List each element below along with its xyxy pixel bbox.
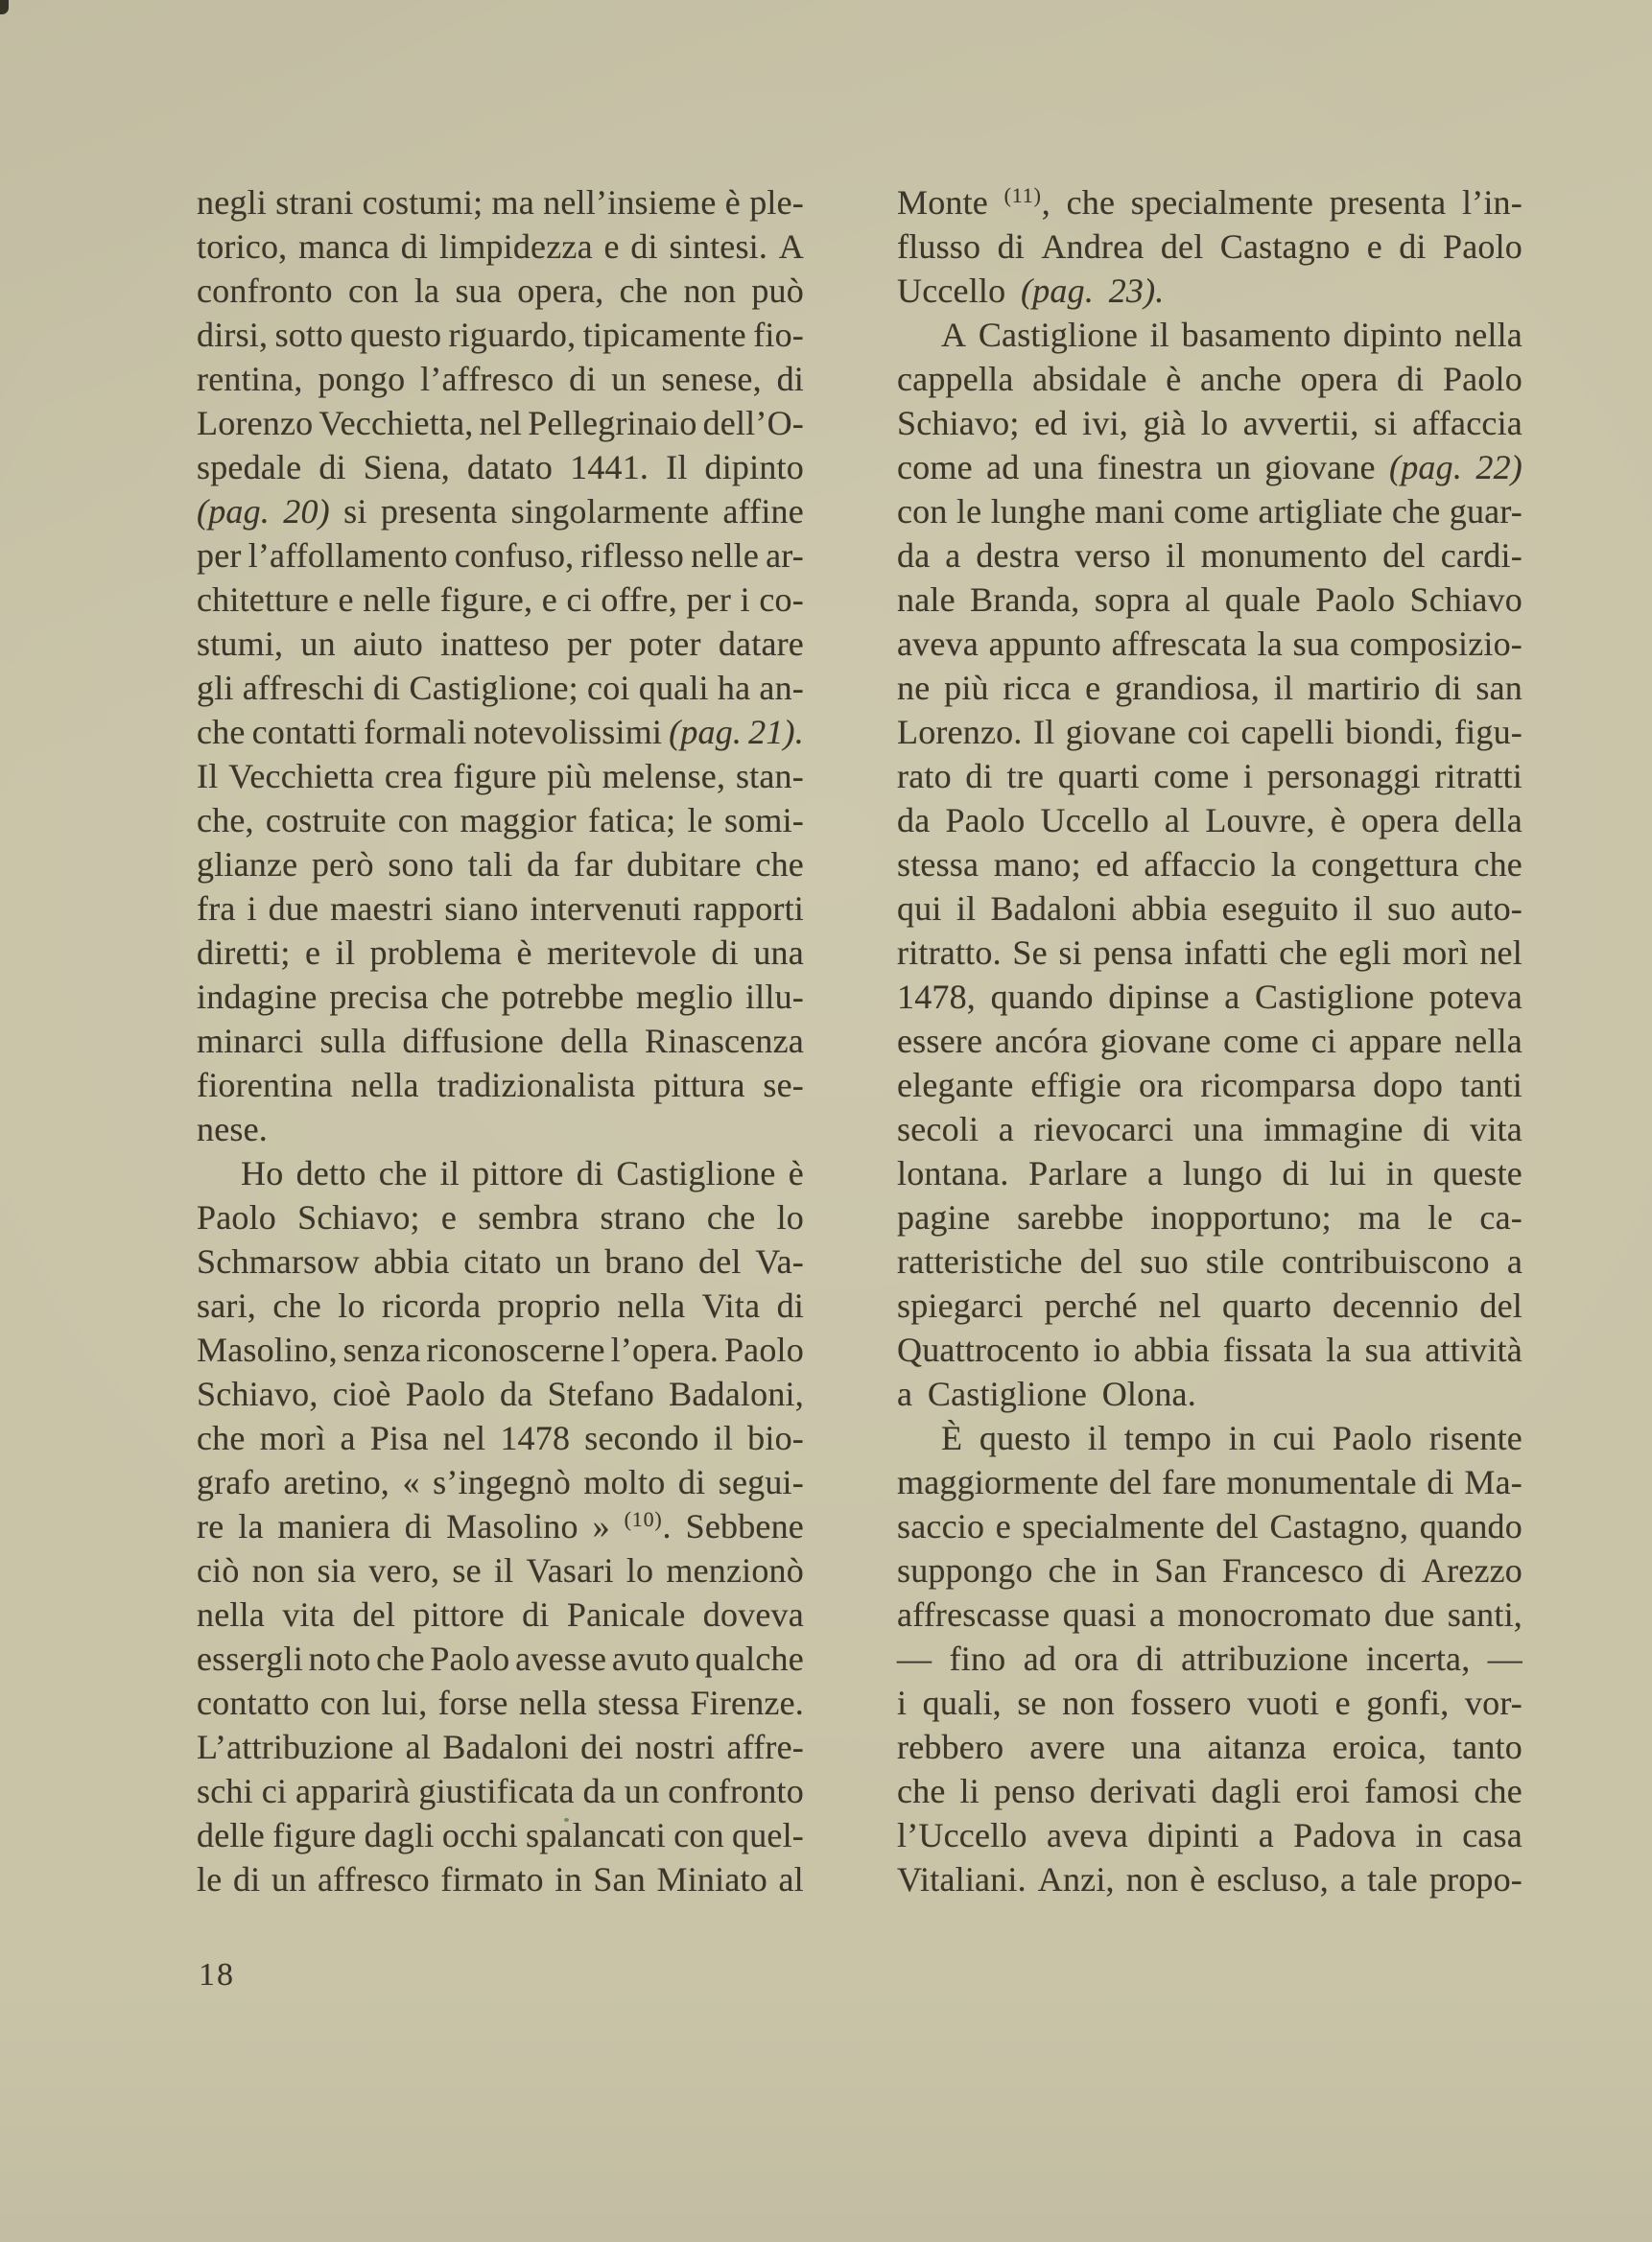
text-run: suo — [1140, 1242, 1189, 1281]
text-run: — — [1488, 1640, 1522, 1678]
superscript-ref: (10) — [625, 1507, 663, 1531]
text-run: coi — [1187, 713, 1230, 751]
text-run: biondi, — [1345, 713, 1443, 751]
text-run: Masolino, — [197, 1331, 338, 1369]
text-run: bio- — [747, 1419, 804, 1457]
text-run: ritratto. — [897, 933, 1002, 972]
word: 20) — [283, 491, 330, 531]
text-run: eseguito — [1222, 889, 1339, 928]
text-run: dipinti — [1147, 1816, 1239, 1854]
text-run: come — [1173, 492, 1249, 531]
text-run: in — [1386, 1154, 1413, 1192]
word: composizio- — [1350, 624, 1522, 664]
word: congettura — [1311, 844, 1459, 885]
text-run: finestra — [1097, 448, 1203, 486]
word: citato — [463, 1241, 541, 1282]
text-run: cardi- — [1441, 536, 1522, 575]
text-run: specialmente — [1131, 183, 1313, 222]
text-run: spiegarci — [897, 1286, 1024, 1325]
word: nelle — [691, 535, 759, 576]
word: vuoti — [1247, 1683, 1319, 1723]
word: di — [1434, 668, 1461, 708]
word: l’affresco — [420, 359, 554, 399]
word: avere — [1029, 1727, 1105, 1767]
word: meritevole — [547, 932, 696, 973]
word: singolarmente — [511, 491, 710, 531]
word: un — [300, 624, 335, 664]
word: diretti; — [197, 932, 291, 973]
word: sia — [318, 1550, 357, 1591]
text-line: dirsi,sottoquestoriguardo,tipicamentefio… — [197, 315, 804, 359]
word: dagli — [365, 1815, 435, 1855]
text-run: essere — [897, 1022, 982, 1060]
text-line: spedalediSiena,datato1441.Ildipinto — [197, 447, 804, 491]
text-line: che,costruiteconmaggiorfatica;lesomi- — [197, 800, 804, 844]
word: ricorda — [382, 1286, 481, 1326]
text-run: di — [1397, 360, 1424, 398]
text-run: del — [352, 1595, 395, 1634]
text-line: avevaappuntoaffrescatalasuacomposizio- — [897, 624, 1522, 668]
text-run: tale — [1367, 1860, 1418, 1899]
word: ad — [1024, 1639, 1056, 1679]
text-run: che — [376, 1640, 425, 1678]
word: che — [1067, 182, 1116, 223]
word: incerta, — [1366, 1639, 1471, 1679]
text-run: confronto — [668, 1772, 804, 1810]
word: Ho — [241, 1153, 283, 1193]
word: Paolo — [724, 1330, 804, 1370]
text-run: di — [522, 1595, 549, 1634]
word: fiorentina — [197, 1065, 333, 1105]
text-run: del — [1382, 536, 1426, 575]
text-run: a — [341, 1419, 356, 1457]
text-run: affre- — [727, 1728, 804, 1766]
text-run: che — [1049, 1551, 1097, 1590]
word: dell’O- — [703, 403, 804, 443]
word: (10). — [625, 1506, 672, 1546]
word: grafo — [197, 1462, 271, 1502]
word: s’ingegnò — [433, 1462, 571, 1502]
word: ora — [1074, 1639, 1119, 1679]
word: quale — [1225, 579, 1301, 620]
text-line: (pag.20)sipresentasingolarmenteaffine — [197, 491, 804, 535]
word: nella — [617, 1286, 685, 1326]
word: in — [1112, 1550, 1139, 1591]
text-run: Castiglione — [616, 1154, 775, 1192]
text-run: di — [1283, 1154, 1310, 1192]
word: negli — [197, 182, 267, 223]
word: da — [527, 844, 559, 885]
text-run: . — [663, 1507, 672, 1546]
word: Schiavo, — [197, 1374, 319, 1414]
word: può — [751, 271, 804, 311]
text-run: nale — [897, 580, 956, 619]
word: del — [1080, 1241, 1123, 1282]
word: notevolissimi — [474, 712, 663, 752]
word: personaggi — [1267, 756, 1421, 796]
word: contribuiscono — [1282, 1241, 1490, 1282]
word: guar- — [1450, 491, 1522, 531]
text-run: come — [897, 448, 973, 486]
text-run: Quattrocento — [897, 1331, 1079, 1369]
word: attribuzione — [1181, 1639, 1348, 1679]
word: un — [271, 1859, 306, 1900]
word: che — [897, 1771, 946, 1811]
word: 21). — [748, 712, 804, 752]
text-run: eroica, — [1333, 1728, 1427, 1766]
word: siano — [444, 888, 518, 929]
text-run: risente — [1429, 1419, 1522, 1457]
text-run: martirio — [1308, 669, 1421, 707]
text-run: morì — [1403, 933, 1469, 972]
text-run: Paolo — [1315, 580, 1395, 619]
text-run: affresco — [318, 1860, 430, 1899]
word: sarebbe — [1017, 1197, 1123, 1238]
text-run: giustificata — [418, 1772, 574, 1810]
text-run: sono — [388, 845, 454, 884]
text-run: L’attribuzione — [197, 1728, 393, 1766]
text-run: lui, — [382, 1684, 428, 1722]
text-run: già — [1144, 404, 1187, 442]
text-run: Miniato — [657, 1860, 767, 1899]
word: contatto — [197, 1683, 310, 1723]
text-line: checontattiformalinotevolissimi(pag.21). — [197, 712, 804, 756]
word: martirio — [1308, 668, 1421, 708]
text-line: Monte(11),chespecialmentepresental’in- — [897, 182, 1522, 226]
word: ci — [566, 579, 591, 620]
text-run: che — [620, 271, 669, 310]
text-run: ciò — [197, 1551, 240, 1590]
text-run: Badaloni, — [669, 1375, 804, 1413]
text-run: figure, — [440, 580, 532, 619]
text-run: vuoti — [1247, 1684, 1319, 1722]
text-run: vita — [282, 1595, 335, 1634]
text-run: decennio — [1333, 1286, 1459, 1325]
text-run: affaccia — [1412, 404, 1522, 442]
word: nel — [443, 1418, 486, 1458]
text-run: di — [1427, 1463, 1453, 1501]
text-run: da — [897, 536, 930, 575]
word: » — [593, 1506, 610, 1546]
word: che — [376, 1639, 425, 1679]
text-line: chitettureenellefigure,ecioffre,perico- — [197, 579, 804, 624]
word: finestra — [1097, 447, 1203, 487]
text-run: strani — [275, 183, 353, 222]
text-run: Badaloni — [442, 1728, 569, 1766]
word: somi- — [724, 800, 804, 840]
word: Panicale — [567, 1594, 686, 1635]
text-run: appare — [1349, 1022, 1442, 1060]
text-run: del — [1161, 227, 1204, 266]
text-run: artigliate — [1259, 492, 1383, 531]
text-line: Masolino,senzariconoscernel’opera.Paolo — [197, 1330, 804, 1374]
word: Schiavo; — [297, 1197, 420, 1238]
text-run: sarebbe — [1017, 1198, 1123, 1237]
word: tale — [1367, 1859, 1418, 1900]
word: il — [1274, 668, 1293, 708]
text-run: una — [1033, 448, 1084, 486]
text-run: della — [560, 1022, 628, 1060]
word: ci — [1311, 1021, 1336, 1061]
text-run: se- — [763, 1066, 804, 1104]
word: risente — [1429, 1418, 1522, 1458]
word: lui — [1330, 1153, 1367, 1193]
text-run: ed — [1034, 404, 1067, 442]
word: per — [686, 579, 731, 620]
text-run: a Castiglione Olona. — [897, 1375, 1196, 1413]
word: « — [402, 1462, 419, 1502]
word: opera, — [517, 271, 603, 311]
text-run: opera — [1300, 360, 1378, 398]
word: fino — [950, 1639, 1006, 1679]
text-run: re — [197, 1507, 224, 1546]
word: il — [1353, 888, 1372, 929]
text-run: più — [944, 669, 989, 707]
word: Lorenzo. — [897, 712, 1023, 752]
text-run: nella — [351, 1066, 419, 1104]
text-run: Schiavo — [1410, 580, 1522, 619]
text-run: Va- — [755, 1242, 804, 1281]
word: giovane — [1066, 712, 1176, 752]
text-line: Quattrocentoioabbiafissatalasuaattività — [897, 1330, 1522, 1374]
text-run: con — [320, 1684, 371, 1722]
word: rievocarci — [1033, 1109, 1173, 1149]
text-run: maggiormente — [897, 1463, 1098, 1501]
text-run: 1478, — [897, 978, 976, 1016]
word: non — [683, 271, 736, 311]
text-run: molto — [583, 1463, 665, 1501]
word: a — [1224, 977, 1239, 1017]
text-run: abbia — [1134, 1331, 1210, 1369]
text-run: Ho — [241, 1154, 283, 1192]
word: a — [1340, 1859, 1356, 1900]
word: minarci — [197, 1021, 303, 1061]
word: Schmarsow — [197, 1241, 360, 1282]
word: cui — [1273, 1418, 1316, 1458]
text-run: fatica; — [588, 801, 675, 839]
text-run: di — [711, 933, 738, 972]
text-run: Vitaliani. — [897, 1860, 1027, 1899]
word: il — [956, 888, 976, 929]
text-run: al — [1185, 580, 1210, 619]
text-run: maniera — [278, 1507, 390, 1546]
text-run: costruite — [266, 801, 387, 839]
text-run: Schiavo, — [197, 1375, 319, 1413]
text-line: a Castiglione Olona. — [897, 1374, 1522, 1418]
word: Uccello — [1041, 800, 1149, 840]
text-line: naleBranda,sopraalqualePaoloSchiavo — [897, 579, 1522, 624]
italic-text: (pag. — [1389, 448, 1462, 486]
word: quel- — [732, 1815, 804, 1855]
text-run: è — [1166, 360, 1181, 398]
text-run: mano; — [994, 845, 1081, 884]
text-run: forse — [438, 1684, 508, 1722]
text-line: Vitaliani.Anzi,nonèescluso,atalepropo- — [897, 1859, 1522, 1903]
text-run: ad — [986, 448, 1019, 486]
text-run: suppongo — [897, 1551, 1033, 1590]
word: sua — [1293, 624, 1340, 664]
word: l’in- — [1462, 182, 1522, 223]
word: molto — [583, 1462, 665, 1502]
text-run: opera — [1361, 801, 1439, 839]
text-run: che — [1474, 845, 1522, 884]
text-run: più — [547, 757, 592, 795]
text-run: a — [1149, 1595, 1165, 1634]
text-run: nelle — [691, 536, 759, 575]
text-run: co- — [759, 580, 804, 619]
text-line: esserglinotochePaoloavesseavutoqualche — [197, 1639, 804, 1683]
word: (pag. — [197, 491, 270, 531]
text-run: Paolo — [1333, 1419, 1412, 1457]
word: di — [1283, 1153, 1310, 1193]
word: ratteristiche — [897, 1241, 1063, 1282]
word: dipinto — [1343, 315, 1442, 355]
word: nale — [897, 579, 956, 620]
text-run: un — [611, 360, 646, 398]
word: di — [777, 1286, 804, 1326]
text-run: sulla — [319, 1022, 386, 1060]
word: che — [197, 1418, 246, 1458]
word: Il — [197, 756, 218, 796]
word: a — [1147, 1153, 1163, 1193]
text-run: casa — [1462, 1816, 1522, 1854]
text-run: elegante — [897, 1066, 1014, 1104]
word: Francesco — [1222, 1550, 1364, 1591]
text-run: non — [1062, 1684, 1115, 1722]
text-run: brano — [604, 1242, 684, 1281]
text-run: con — [398, 801, 449, 839]
word: 22) — [1475, 447, 1522, 487]
text-run: affrescata — [1112, 625, 1247, 663]
word: precisa — [329, 977, 428, 1017]
text-run: sia — [318, 1551, 357, 1590]
word: ivi, — [1082, 403, 1128, 443]
text-run: stumi, — [197, 625, 283, 663]
text-run: avere — [1029, 1728, 1105, 1766]
text-run: cappella — [897, 360, 1014, 398]
scan-edge-artifact — [0, 0, 9, 14]
word: è — [789, 1153, 804, 1193]
word: di — [233, 1859, 260, 1900]
word: queste — [1433, 1153, 1522, 1193]
word: an- — [759, 668, 804, 708]
word: manca — [298, 226, 389, 267]
text-run: da — [500, 1375, 532, 1413]
text-run: dipinto — [1343, 316, 1442, 354]
text-run: meglio — [636, 978, 733, 1016]
text-run: che — [1279, 933, 1328, 972]
text-run: A — [941, 316, 966, 354]
word: una — [1131, 1727, 1182, 1767]
text-run: un — [300, 625, 335, 663]
text-run: se — [1017, 1684, 1046, 1722]
text-run: secondo — [584, 1419, 698, 1457]
text-line: confrontoconlasuaopera,chenonpuò — [197, 271, 804, 315]
word: per — [197, 535, 242, 576]
text-run: l’in- — [1462, 183, 1522, 222]
scanned-book-page: { "colors": { "paper": "#c9c4a8", "ink":… — [0, 0, 1652, 2242]
text-run: ora — [1074, 1640, 1119, 1678]
text-run: ora — [1139, 1066, 1184, 1104]
word: lungo — [1183, 1153, 1263, 1193]
word: di — [405, 1506, 432, 1546]
text-run: quarti — [1058, 757, 1140, 795]
text-run: monocromato — [1177, 1595, 1371, 1634]
word: del — [1215, 1506, 1259, 1546]
word: nostri — [635, 1727, 715, 1767]
word: questo — [979, 1418, 1071, 1458]
text-run: far — [574, 845, 613, 884]
text-run: due — [269, 889, 319, 928]
word: lo — [338, 1286, 365, 1326]
text-run: lui — [1330, 1154, 1367, 1192]
text-run: Schmarsow — [197, 1242, 360, 1281]
text-run: da — [527, 845, 559, 884]
word: derivati — [1090, 1771, 1197, 1811]
word: Paolo — [1443, 226, 1522, 267]
text-run: un — [625, 1772, 659, 1810]
text-run: Schiavo; — [897, 404, 1020, 442]
word: basamento — [1182, 315, 1332, 355]
word: riguardo, — [449, 315, 577, 355]
word: avuto — [612, 1639, 690, 1679]
text-run: stile — [1206, 1242, 1264, 1281]
text-line: nepiùriccaegrandiosa,ilmartiriodisan — [897, 668, 1522, 712]
text-run: santi, — [1448, 1595, 1522, 1634]
word: come — [1173, 491, 1249, 531]
text-run: ple- — [749, 183, 804, 222]
text-run: avesse — [515, 1640, 606, 1678]
text-run: si — [343, 492, 366, 531]
word: qualche — [696, 1639, 804, 1679]
text-run: tali — [468, 845, 513, 884]
word: rentina, — [197, 359, 303, 399]
text-run: singolarmente — [511, 492, 710, 531]
text-run: poter — [629, 625, 701, 663]
word: suo — [1140, 1241, 1189, 1282]
word: sulla — [319, 1021, 386, 1061]
word: dipinto — [705, 447, 804, 487]
word: monumentale — [1227, 1462, 1417, 1502]
text-run: dagli — [365, 1816, 435, 1854]
text-run: avvertii, — [1243, 404, 1359, 442]
text-run: penso — [994, 1772, 1075, 1810]
text-run: di — [1136, 1640, 1163, 1678]
text-run: fiorentina — [197, 1066, 333, 1104]
text-line: rebberoavereunaaitanzaeroica,tanto — [897, 1727, 1522, 1771]
text-run: al — [406, 1728, 431, 1766]
text-run: ritratti — [1434, 757, 1522, 795]
text-run: quando — [991, 978, 1094, 1016]
text-run: ma — [1358, 1198, 1401, 1237]
word: dubitare — [626, 844, 742, 885]
word: suo — [1387, 888, 1436, 929]
word: lontana. — [897, 1153, 1009, 1193]
text-run: lontana. — [897, 1154, 1009, 1192]
italic-text: (pag. — [197, 492, 270, 531]
word: segui- — [719, 1462, 804, 1502]
text-run: Louvre, — [1205, 801, 1314, 839]
text-line: comeadunafinestraungiovane(pag.22) — [897, 447, 1522, 491]
text-run: e — [1367, 227, 1382, 266]
word: in — [1386, 1153, 1413, 1193]
text-run: come — [1154, 757, 1230, 795]
word: morì — [1403, 932, 1469, 973]
text-line: perl’affollamentoconfuso,riflessonellear… — [197, 535, 804, 579]
word: decennio — [1333, 1286, 1459, 1326]
word: nella — [519, 1683, 587, 1723]
text-run: a — [1507, 1242, 1522, 1281]
